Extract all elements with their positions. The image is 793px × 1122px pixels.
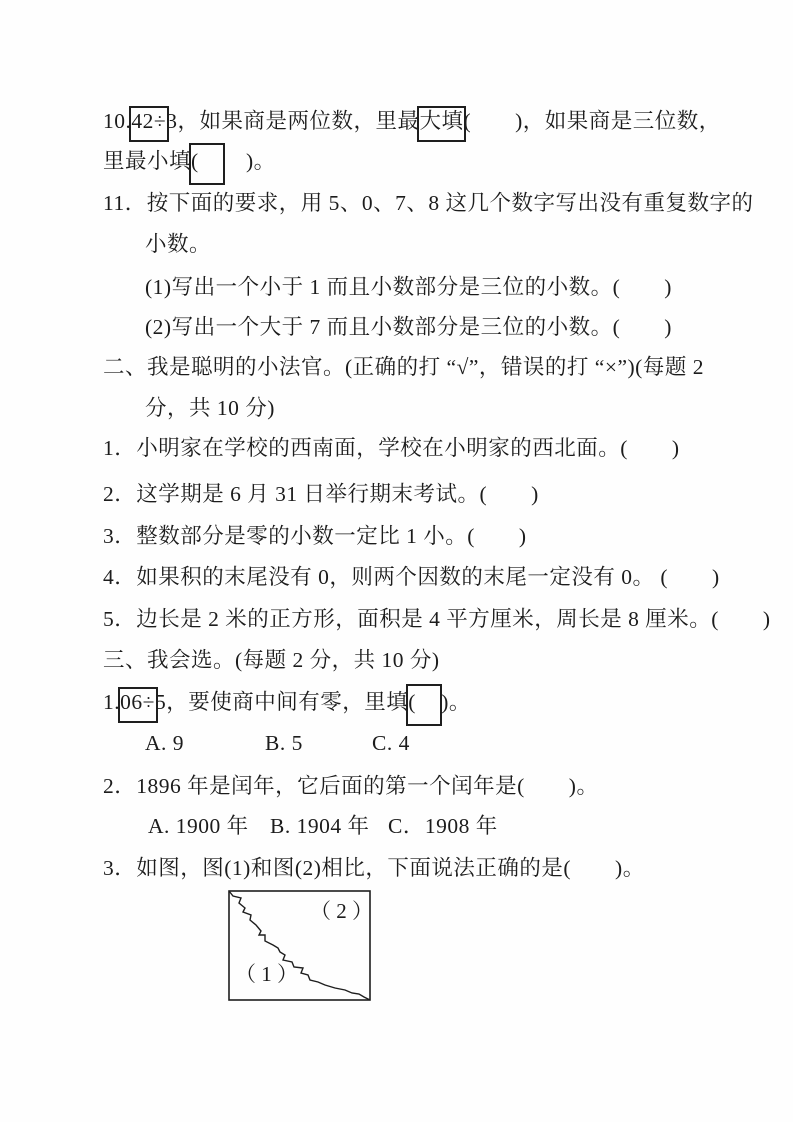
q10-line1: 10.42÷3，如果商是两位数，里最大填( )，如果商是三位数，	[103, 106, 721, 136]
choice-q2-option-b: B. 1904 年	[270, 811, 369, 841]
judge-item-1: 1．小明家在学校的西南面，学校在小明家的西北面。( )	[103, 433, 680, 463]
judge-item-4: 4．如果积的末尾没有 0，则两个因数的末尾一定没有 0。 ( )	[103, 562, 720, 592]
section3-header: 三、我会选。(每题 2 分，共 10 分)	[103, 645, 440, 675]
q10-missing-digit-box2: 大填	[419, 109, 463, 133]
choice-q2-option-a: A. 1900 年	[148, 811, 249, 841]
choice-q1-option-b: B. 5	[265, 728, 303, 758]
choice-q2-line: 2．1896 年是闰年，它后面的第一个闰年是( )。	[103, 771, 598, 801]
worksheet-page: 10.42÷3，如果商是两位数，里最大填( )，如果商是三位数， 里最小填( )…	[0, 0, 793, 1122]
q10-answer-box: (	[191, 146, 224, 176]
judge-item-2: 2．这学期是 6 月 31 日举行期末考试。( )	[103, 479, 539, 509]
judge-item-3: 3．整数部分是零的小数一定比 1 小。( )	[103, 521, 527, 551]
choice-q1-option-c: C. 4	[372, 728, 410, 758]
figure-label-region-1: （ 1 ）	[235, 964, 298, 985]
q10-text-d: )。	[224, 149, 276, 173]
choice-q1-text-end: )。	[441, 690, 471, 714]
section2-header-line2: 分，共 10 分)	[145, 393, 275, 423]
choice-q1-answer-box: (	[408, 687, 441, 717]
q10-line2: 里最小填( )。	[103, 146, 276, 176]
choice-q1-options-row: A. 9 B. 5 C. 4	[0, 728, 793, 758]
choice-q1-missing-digit-box: 06÷	[120, 690, 155, 714]
q10-number: 10.	[103, 109, 131, 133]
q10-text-c: 里最小填	[103, 149, 191, 173]
q11-line1: 11．按下面的要求，用 5、0、7、8 这几个数字写出没有重复数字的	[103, 188, 753, 218]
figure-label-region-2: （ 2 ）	[310, 901, 373, 922]
q10-text-b: ( )，如果商是三位数，	[463, 109, 720, 133]
choice-q2-option-c: C．1908 年	[388, 811, 498, 841]
choice-q1-text: 5，要使商中间有零，里填	[155, 690, 408, 714]
choice-q3-figure: （ 2 ） （ 1 ）	[228, 890, 371, 1001]
choice-q1-option-a: A. 9	[145, 728, 184, 758]
q11-subitem-2: (2)写出一个大于 7 而且小数部分是三位的小数。( )	[145, 312, 672, 342]
q10-text-a: 3，如果商是两位数，里最	[166, 109, 419, 133]
section2-header-line1: 二、我是聪明的小法官。(正确的打 “√”，错误的打 “×”)(每题 2	[103, 352, 704, 382]
q10-missing-digit-box1: 42÷	[131, 109, 166, 133]
choice-q3-line: 3．如图，图(1)和图(2)相比，下面说法正确的是( )。	[103, 853, 645, 883]
q11-subitem-1: (1)写出一个小于 1 而且小数部分是三位的小数。( )	[145, 272, 672, 302]
choice-q1-number: 1.	[103, 690, 120, 714]
judge-item-5: 5．边长是 2 米的正方形，面积是 4 平方厘米，周长是 8 厘米。( )	[103, 604, 771, 634]
choice-q1-line: 1.06÷5，要使商中间有零，里填()。	[103, 687, 471, 717]
q11-line2: 小数。	[145, 229, 211, 259]
choice-q2-options-row: A. 1900 年 B. 1904 年 C．1908 年	[0, 811, 793, 841]
